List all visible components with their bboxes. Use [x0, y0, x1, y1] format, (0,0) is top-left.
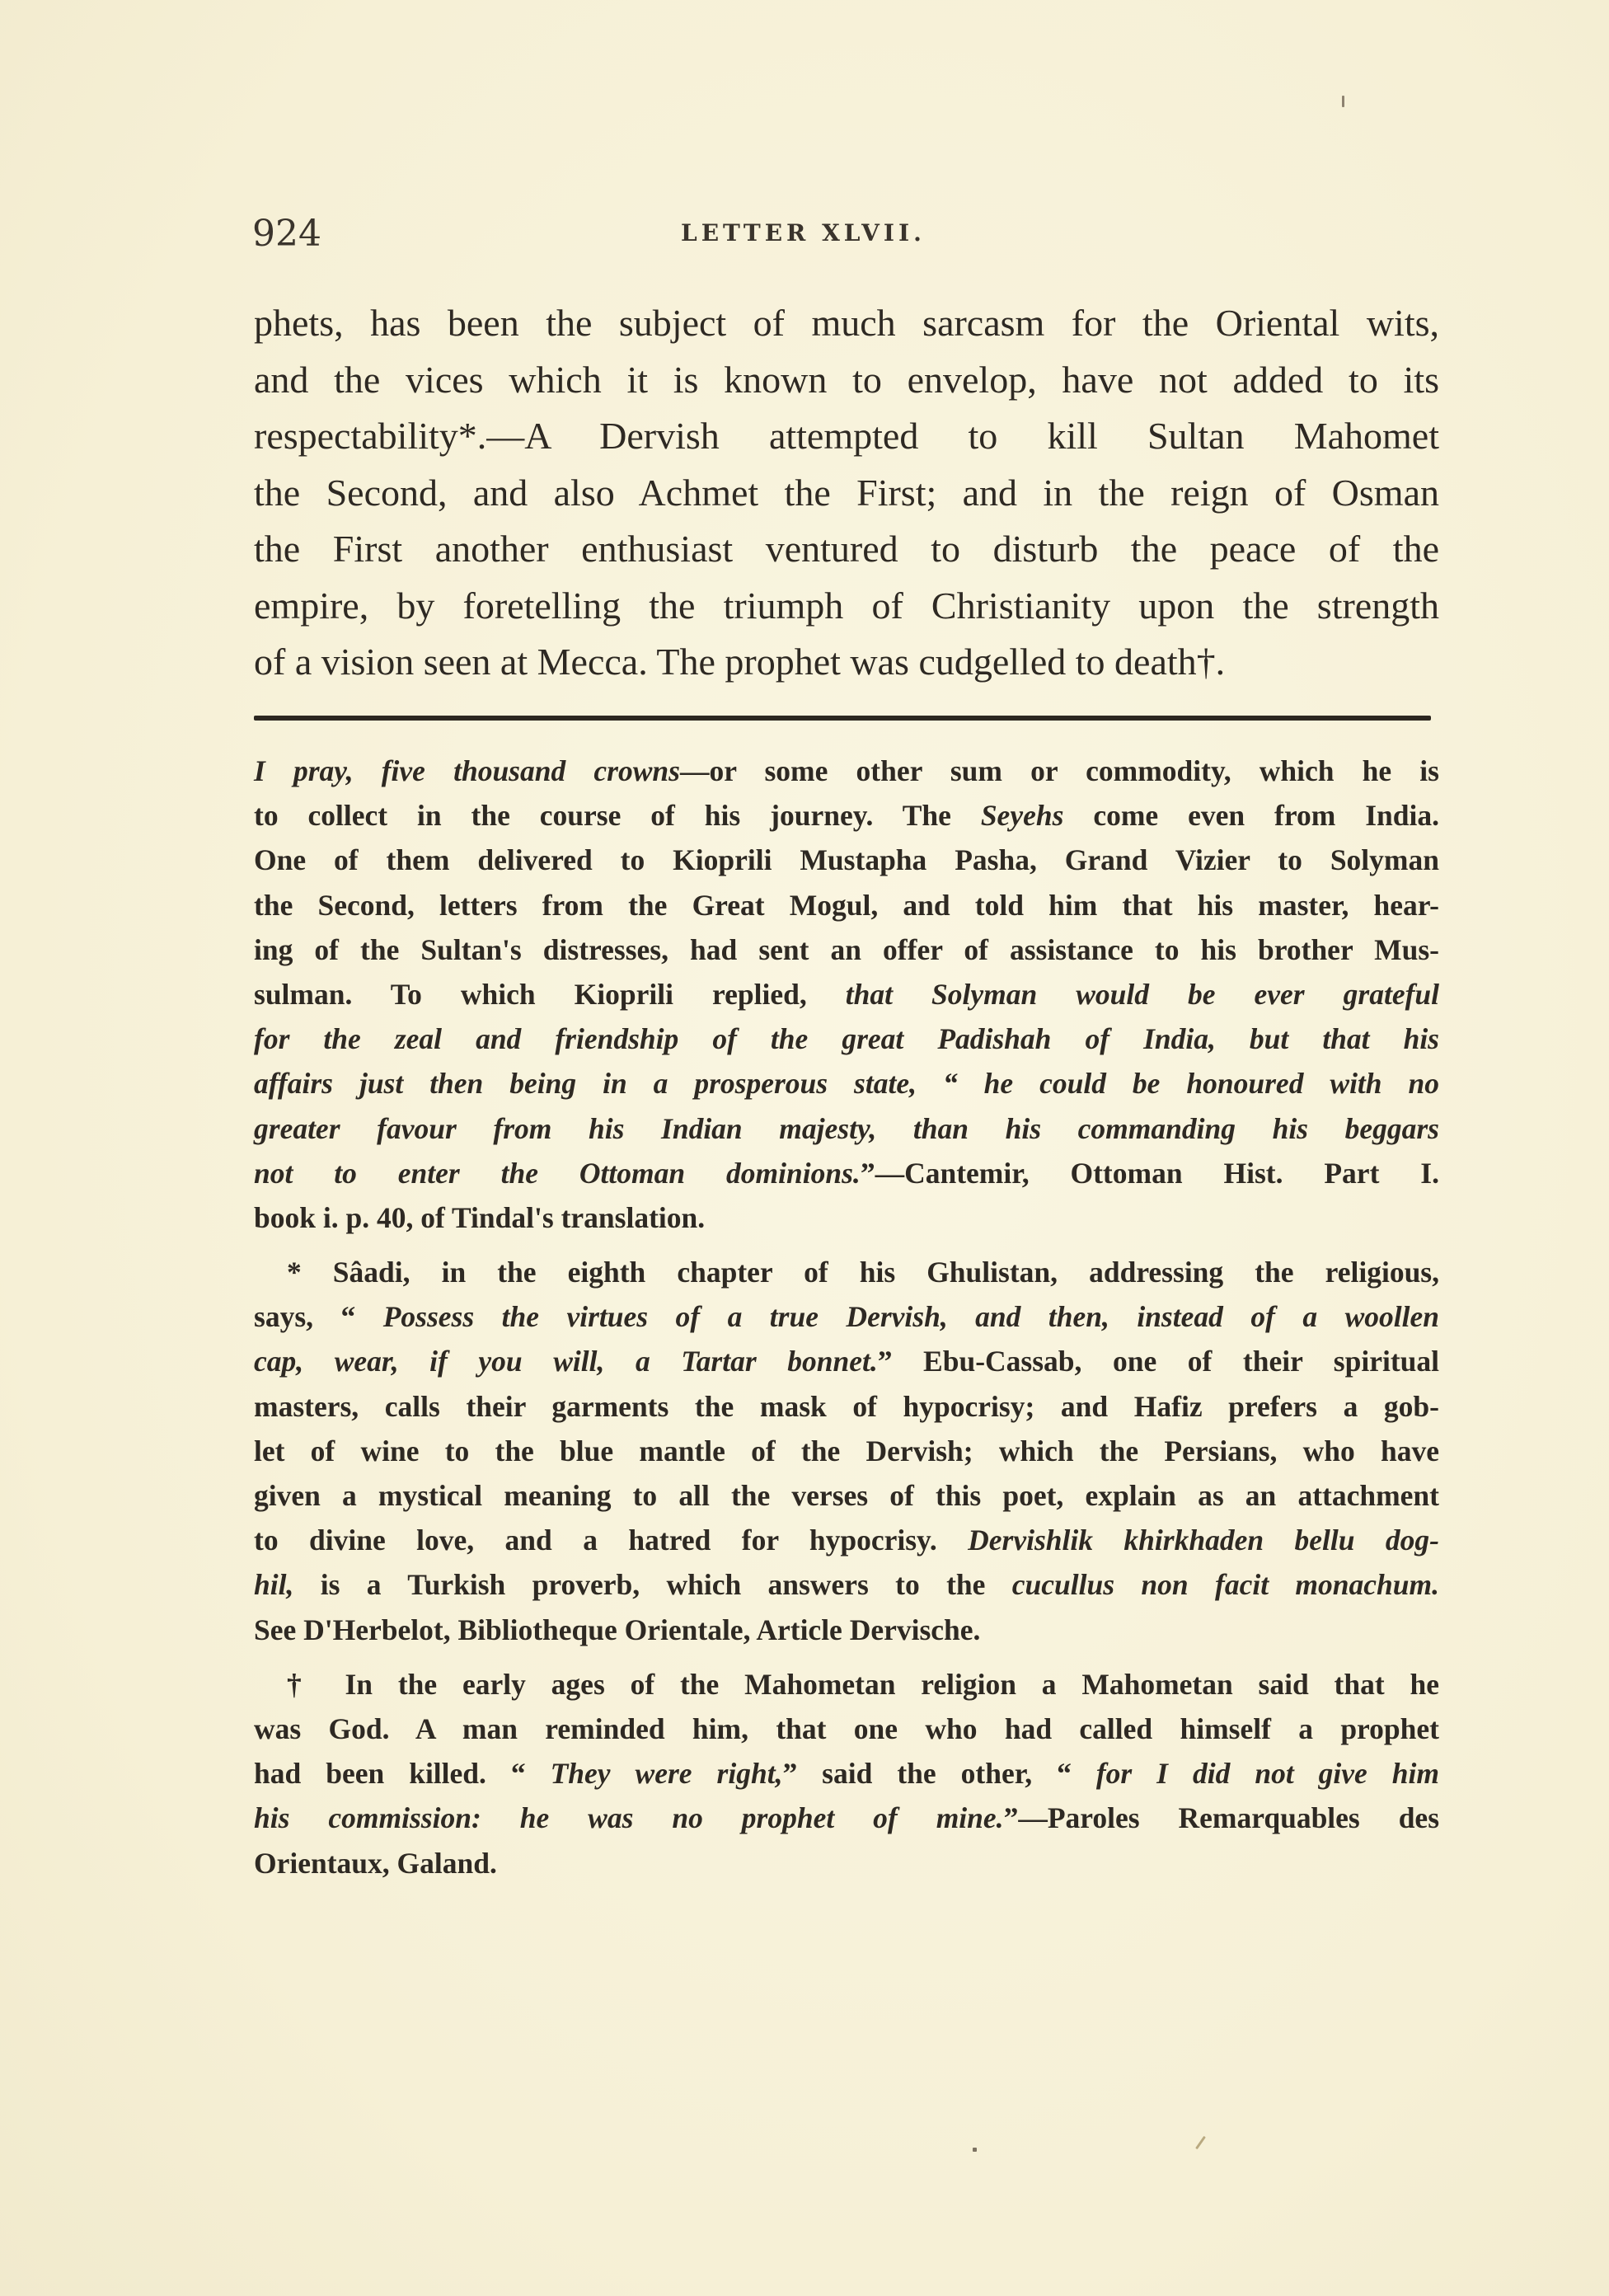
footnote-line: not to enter the Ottoman dominions.”—Can…: [254, 1151, 1439, 1195]
footnote-line: masters, calls their garments the mask o…: [254, 1384, 1439, 1429]
footnote-line: let of wine to the blue mantle of the De…: [254, 1429, 1439, 1473]
footnote-line: to collect in the course of his journey.…: [254, 793, 1439, 838]
text-line: the Second, and also Achmet the First; a…: [254, 465, 1439, 522]
footnote-line: the Second, letters from the Great Mogul…: [254, 883, 1439, 927]
footnote-line: cap, wear, if you will, a Tartar bonnet.…: [254, 1339, 1439, 1383]
running-title: LETTER XLVII.: [681, 219, 926, 247]
footnote-line: One of them delivered to Kioprili Mustap…: [254, 838, 1439, 882]
footnote-asterisk: * Sâadi, in the eighth chapter of his Gh…: [254, 1250, 1439, 1652]
main-text: phets, has been the subject of much sarc…: [254, 295, 1439, 691]
text-line: phets, has been the subject of much sarc…: [254, 295, 1439, 352]
running-head: 924 LETTER XLVII.: [252, 213, 1439, 262]
footnote-dagger: † In the early ages of the Mahometan rel…: [254, 1662, 1439, 1885]
footnote-line: affairs just then being in a prosperous …: [254, 1061, 1439, 1106]
footnote-line: ing of the Sultan's distresses, had sent…: [254, 927, 1439, 972]
text-line: empire, by foretelling the triumph of Ch…: [254, 578, 1439, 635]
book-page: 924 LETTER XLVII. phets, has been the su…: [0, 0, 1609, 2296]
paper-speck: [973, 2148, 977, 2152]
footnote-line: given a mystical meaning to all the vers…: [254, 1473, 1439, 1518]
text-line: and the vices which it is known to envel…: [254, 352, 1439, 409]
footnote-line: for the zeal and friendship of the great…: [254, 1017, 1439, 1061]
paper-speck: [1195, 2136, 1206, 2149]
footnote-line: sulman. To which Kioprili replied, that …: [254, 972, 1439, 1017]
page-number: 924: [252, 213, 321, 255]
paper-speck: [1342, 96, 1344, 107]
text-line: respectability*.—A Dervish attempted to …: [254, 408, 1439, 465]
text-line: the First another enthusiast ventured to…: [254, 521, 1439, 578]
footnote-line: book i. p. 40, of Tindal's translation.: [254, 1195, 1439, 1240]
footnote-line: had been killed. “ They were right,” sai…: [254, 1751, 1439, 1796]
footnote-line: to divine love, and a hatred for hypocri…: [254, 1518, 1439, 1562]
footnote-line: Orientaux, Galand.: [254, 1841, 1439, 1885]
footnote-continued: I pray, five thousand crowns—or some oth…: [254, 749, 1439, 1240]
text-line: of a vision seen at Mecca. The prophet w…: [254, 634, 1439, 691]
footnote-line: † In the early ages of the Mahometan rel…: [254, 1662, 1439, 1707]
footnote-line: says, “ Possess the virtues of a true De…: [254, 1294, 1439, 1339]
footnote-line: his commission: he was no prophet of min…: [254, 1796, 1439, 1840]
footnote-line: was God. A man reminded him, that one wh…: [254, 1707, 1439, 1751]
footnote-line: I pray, five thousand crowns—or some oth…: [254, 749, 1439, 793]
footnote-line: greater favour from his Indian majesty, …: [254, 1106, 1439, 1151]
footnote-rule: [254, 716, 1431, 721]
footnote-line: See D'Herbelot, Bibliotheque Orientale, …: [254, 1608, 1439, 1652]
footnote-line: hil, is a Turkish proverb, which answers…: [254, 1562, 1439, 1607]
footnotes: I pray, five thousand crowns—or some oth…: [254, 749, 1439, 1885]
footnote-line: * Sâadi, in the eighth chapter of his Gh…: [254, 1250, 1439, 1294]
